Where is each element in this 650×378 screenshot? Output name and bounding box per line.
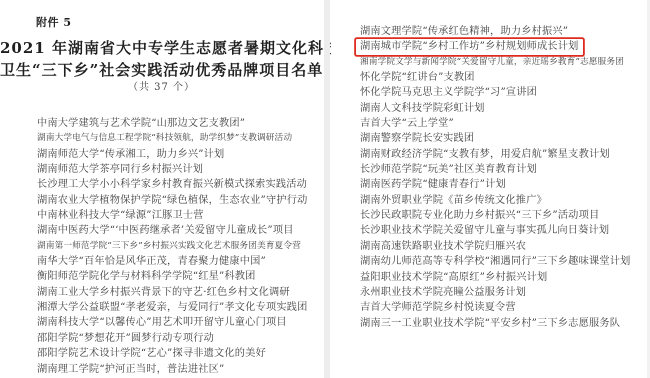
project-item: 邵阳学院艺术设计学院“艺心”探寻非遗文化的美好 [37,346,323,361]
page-gutter [324,0,330,378]
project-item: 湖南警察学院长安实践团 [360,131,647,146]
attachment-label: 附件 5 [36,14,71,30]
project-item: 湖南师范大学茶亭同行乡村振兴计划 [37,162,323,177]
document-title-line2: 卫生“三下乡”社会实践活动优秀品牌项目名单 [0,59,323,81]
project-item: 湖南师范大学“传承湘工，助力乡兴”计划 [37,147,323,162]
project-item: 中南大学建筑与艺术学院“山那边文艺支教团” [37,116,323,131]
project-item: 湖南工业大学乡村振兴背景下的守艺·红色乡村文化调研 [37,285,323,300]
document-title: 2021 年湖南省大中专学生志愿者暑期文化科技 卫生“三下乡”社会实践活动优秀品… [0,37,323,81]
project-item: 怀化学院“红讲台”支教团 [360,70,647,85]
project-item: 湘潭大学公益联盟“孝老爱亲，与爱同行”孝文化专项实践团 [37,300,323,315]
project-item-highlighted: 湖南城市学院“乡村工作坊”乡村规划师成长计划 [356,39,583,54]
document-viewer: 附件 5 2021 年湖南省大中专学生志愿者暑期文化科技 卫生“三下乡”社会实践… [0,0,650,378]
project-list-left: 中南大学建筑与艺术学院“山那边文艺支教团”湖南大学电气与信息工程学院“科技领航，… [37,116,323,377]
project-item: 湖南幼儿师范高等专科学校“湘遇同行”三下乡趣味课堂计划 [360,254,647,269]
project-item: 南华大学“百年恰是风华正茂，青春聚力健康中国” [37,254,323,269]
project-list-right: 湖南文理学院“传承红色精神，助力乡村振兴”湖南城市学院“乡村工作坊”乡村规划师成… [360,24,647,331]
project-item: 吉首大学“云上学堂” [360,116,647,131]
project-item: 邵阳学院“梦想花开”圆梦行动专项行动 [37,331,323,346]
project-item: 长沙师范学院“玩美”社区美育教育计划 [360,162,647,177]
project-item: 湖南文理学院“传承红色精神，助力乡村振兴” [360,24,647,39]
project-item: 湖南医药学院“健康青春行”计划 [360,177,647,192]
project-item: 永州职业技术学院亮瞳公益服务计划 [360,285,647,300]
project-item: 怀化学院马克思主义学院学“习”宣讲团 [360,85,647,100]
project-item: 湖南三一工业职业技术学院“平安乡村”三下乡志愿服务队 [360,316,647,331]
project-item: 长沙理工大学小小科学家乡村教育振兴新模式探索实践活动 [37,177,323,192]
project-item: 吉首大学师范学院乡村悦读夏令营 [360,300,647,315]
project-item: 湖南人文科技学院彩虹计划 [360,101,647,116]
project-item: 湘南学院文学与新闻学院“关爱留守儿童，亲近瑶乡教育”志愿服务团 [360,55,647,70]
project-item: 长沙职业技术学院关爱留守儿童与事实孤儿向日葵计划 [360,223,647,238]
project-item: 湖南财政经济学院“支教有梦，用爱启航”繁星支教计划 [360,147,647,162]
project-item: 益阳职业技术学院“高原红”乡村振兴计划 [360,270,647,285]
project-item: 湖南农业大学植物保护学院“绿色植保，生态农业”守护行动 [37,193,323,208]
left-page: 附件 5 2021 年湖南省大中专学生志愿者暑期文化科技 卫生“三下乡”社会实践… [0,0,323,378]
project-item: 湖南大学电气与信息工程学院“科技领航，助学织梦”支教调研活动 [37,131,323,146]
project-item: 长沙民政职院专业化助力乡村振兴“三下乡”活动项目 [360,208,647,223]
project-count-note: （共 37 个） [0,81,323,95]
project-item: 衡阳师范学院化学与材料科学学院“红星”科教团 [37,269,323,284]
right-page: 湖南文理学院“传承红色精神，助力乡村振兴”湖南城市学院“乡村工作坊”乡村规划师成… [331,0,647,378]
project-item: 湖南理工学院“护河正当时，普法进社区” [37,362,323,377]
project-item: 湖南第一师范学院“三下乡”乡村振兴实践文化艺术服务团美育夏令营 [37,239,323,254]
project-item: 湖南高速铁路职业技术学院归雁兴农 [360,239,647,254]
project-item: 湖南科技大学“以馨传心”用艺术叩开留守儿童心门项目 [37,315,323,330]
project-item: 湖南中医药大学“‘中医药继承者’关爱留守儿童成长”项目 [37,223,323,238]
document-title-line1: 2021 年湖南省大中专学生志愿者暑期文化科技 [0,37,323,59]
project-item: 中南林业科技大学“绿源”江豚卫士营 [37,208,323,223]
project-item: 湖南外贸职业学院《苗乡传统文化推广》 [360,193,647,208]
